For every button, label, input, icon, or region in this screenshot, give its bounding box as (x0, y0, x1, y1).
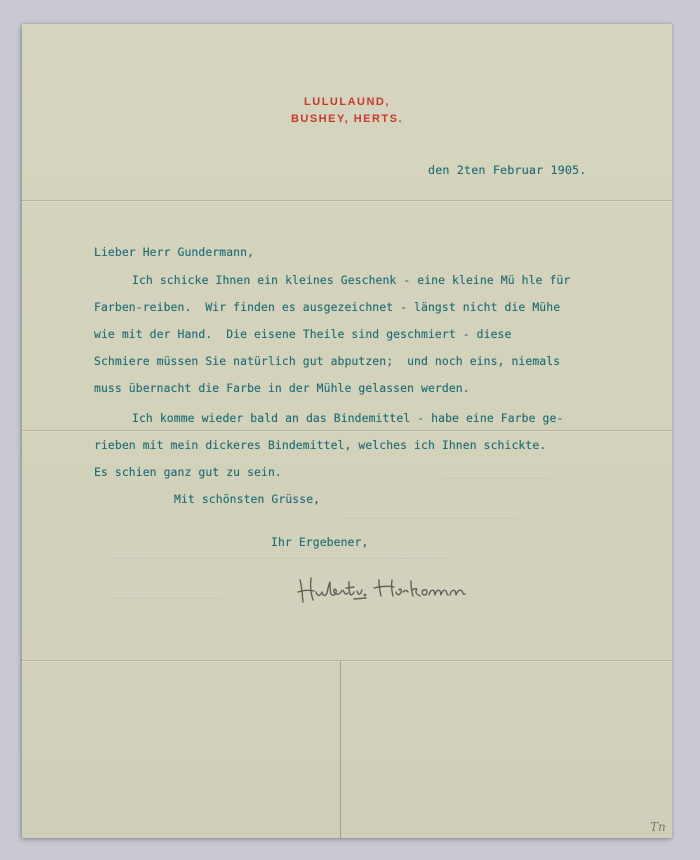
fold-line-vertical (340, 661, 341, 838)
fold-line-3 (22, 660, 672, 661)
body-line: rieben mit mein dickeres Bindemittel, we… (94, 438, 546, 452)
handwritten-signature (294, 566, 504, 606)
fold-line-2 (22, 430, 672, 431)
letterhead-line-1: LULULAUND, (22, 94, 672, 111)
bleed-through-text: ────────────────── (442, 474, 550, 485)
salutation: Lieber Herr Gundermann, (94, 245, 254, 259)
letterhead-line-2: BUSHEY, HERTS. (22, 111, 672, 128)
fold-line-1 (22, 200, 672, 201)
body-line: wie mit der Hand. Die eisene Theile sind… (94, 327, 511, 341)
bleed-through-text: ────────────────── (112, 594, 220, 605)
letter-date: den 2ten Februar 1905. (428, 163, 586, 177)
letter-paper: LULULAUND, BUSHEY, HERTS. den 2ten Febru… (22, 24, 672, 838)
body-line: Ich komme wieder bald an das Bindemittel… (132, 411, 563, 425)
body-line: Farben-reiben. Wir finden es ausgezeichn… (94, 300, 560, 314)
bleed-through-text: ───────────────────────────── (342, 514, 517, 525)
body-line: Ich schicke Ihnen ein kleines Geschenk -… (132, 273, 570, 287)
body-line: muss übernacht die Farbe in der Mühle ge… (94, 381, 470, 395)
sign-off: Ihr Ergebener, (271, 535, 368, 549)
body-line: Es schien ganz gut zu sein. (94, 465, 282, 479)
corner-initials: Tn (650, 820, 666, 834)
bleed-through-text: ────────────────────────────────────────… (112, 554, 449, 565)
closing: Mit schönsten Grüsse, (174, 492, 320, 506)
body-line: Schmiere müssen Sie natürlich gut abputz… (94, 354, 560, 368)
